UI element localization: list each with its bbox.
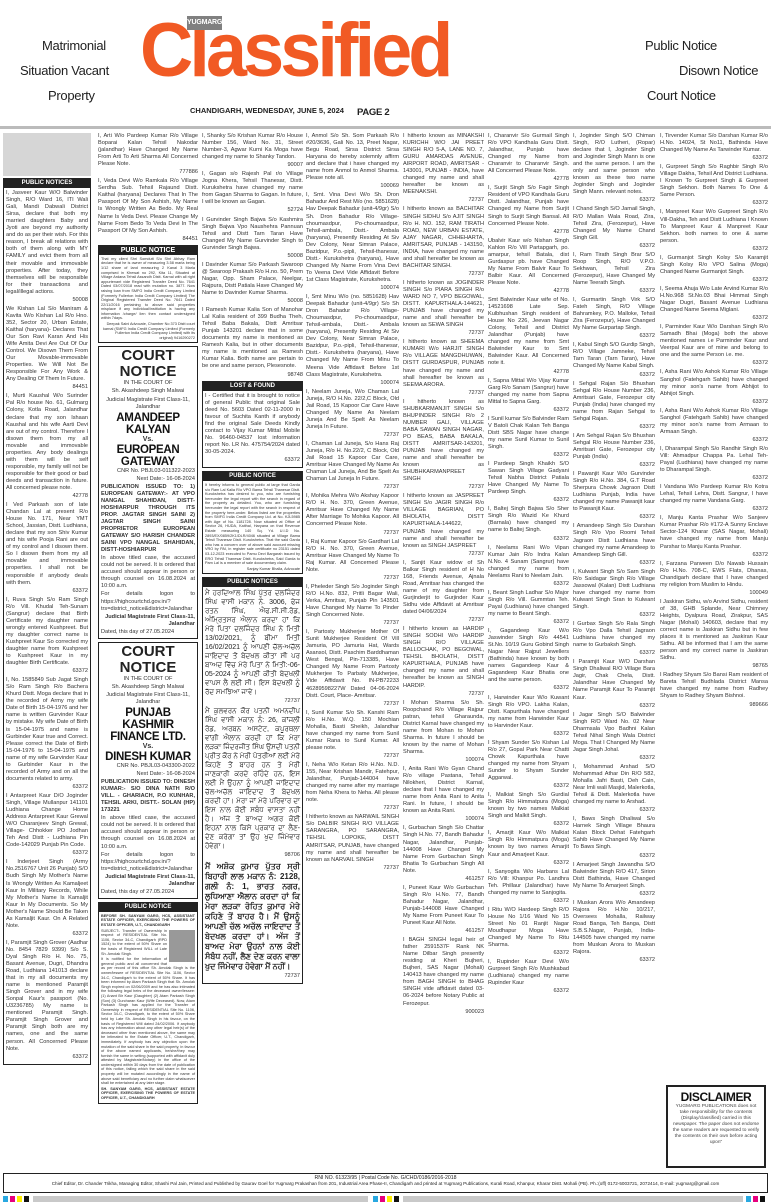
ad-number: 63372 [573, 650, 655, 657]
ad-number: 50008 [202, 253, 303, 260]
category-court-notice[interactable]: Court Notice [647, 88, 716, 103]
notice-text: I, Neelam Juneja, W/o Chaman Lal Juneja,… [306, 389, 399, 431]
notice-text: I hitherto known as JASPREET SINGH S/o J… [403, 493, 484, 549]
notice-text: I, Gurmanjot Singh Kolsy S/o Karamjit Si… [660, 255, 768, 276]
ad-number: 63372 [573, 243, 655, 250]
ad-number: 72737 [403, 484, 484, 491]
ad-number: 63372 [488, 536, 569, 543]
section-heading: PUBLIC NOTICE [203, 472, 302, 481]
notice-text: I hitherto known as JOGINDER SINGH S/o P… [403, 280, 484, 329]
ad-number: 63372 [6, 931, 88, 938]
notice-text: I, Baltej Singh Bajwa S/o Sher Singh R/o… [488, 506, 569, 534]
ad-number: 100074 [403, 816, 484, 823]
notice-text: I, No. 1585849 Sub Jagat Singh S/o Ram S… [6, 677, 88, 783]
notice-text: I, Parminder Kaur W/o Darshan Singh R/o … [660, 324, 768, 359]
notice-text: I Ramesh Kumar Kalia Son of Manohar Lal … [202, 307, 303, 370]
notice-text: I BAGH SINGH legal heir of father 259153… [403, 937, 484, 1007]
ad-number: 72737 [306, 753, 399, 760]
registration-mark-cyan [373, 1196, 378, 1202]
section-heading: LOST & FOUND [203, 382, 302, 391]
ad-number: 63372 [660, 475, 768, 482]
registration-mark-yellow [17, 1196, 22, 1202]
notice-text: I, Surjit Singh S/o Fagir Singh Resident… [488, 185, 569, 227]
ad-number: 63372 [6, 784, 88, 791]
signatory: SH. SANYAM GARG, HCS, ASSISTANT ESTATE O… [101, 1087, 195, 1101]
ad-number: 63372 [660, 246, 768, 253]
notice-text: I Inderjeet Singh (Army No.2516767 Unit … [6, 859, 88, 929]
notice-text: I Jaskiran Sidhu, w/o Arvind Sidhu, resi… [660, 599, 768, 662]
category-public-notice[interactable]: Public Notice [645, 38, 717, 53]
registration-mark-cyan [3, 1196, 8, 1202]
ad-number: 100074 [306, 285, 399, 292]
registration-mark-black [394, 1196, 399, 1202]
party-a: AMANDEEP KALYAN [101, 412, 195, 436]
notice-text: I, Ruva Singh S/o Ram Singh R/o Vill. Kh… [6, 597, 88, 667]
notice-text: I, Joginder Singh S/O Chiman Singh, R/O … [573, 133, 655, 196]
notice-text: I, Smt Minu W/o (no. 5851628) Hav Deepak… [306, 294, 399, 379]
ad-number: 63372 [573, 514, 655, 521]
ad-number: 72737 [403, 330, 484, 337]
ad-number: 63372 [573, 807, 655, 814]
notice-text: I Chand Singh S/O Jamail Singh, R/O Mall… [573, 206, 655, 241]
gray-block [3, 133, 91, 176]
notice-text: Smt Balwinder Kaur wife of No. 14521698 … [488, 297, 569, 367]
notice-text: It hereby informs to general public at l… [205, 483, 300, 566]
ad-number: 63372 [488, 731, 569, 738]
header-divider [0, 126, 771, 129]
notice-text: I, Chaman Lal Juneja, S/o Hans Raj Junej… [306, 441, 399, 483]
public-notices-punjabi-box: PUBLIC NOTICES ਮੈਂ ਹਰਦਿਆਲ ਸਿੰਘ ਪੁੱਤਰ ਦਲਜ… [202, 577, 303, 983]
notice-text: I Gurvinder Singh Bajwa S/o Kashmira Sin… [202, 217, 303, 252]
ad-number: 63372 [573, 755, 655, 762]
cnr-number: CNR No. PBJL03-011322-2023 [101, 468, 195, 475]
section-heading: PUBLIC NOTICES [203, 578, 302, 587]
punjabi-notice: ਮੈਂ ਅਸ਼ੋਕ ਕੁਮਾਰ ਪੁੱਤਰ ਸ੍ਰੀ ਬਿਹਾਰੀ ਲਾਲ ਮਕ… [205, 862, 300, 972]
ad-number: 63372 [660, 277, 768, 284]
versus: Vs. [101, 743, 195, 750]
notice-text: I Am Sehgal Rajan S/o Bhushan Sehgal R/o… [573, 433, 655, 461]
ad-number: 42778 [488, 288, 569, 295]
notice-text: I, Asha Rani W/o Ashok Kumar R/o Village… [660, 369, 768, 397]
notice-text: I, Shanky S/o Krishan Kumar R/o House Nu… [202, 133, 303, 161]
ad-number: 63372 [6, 850, 88, 857]
next-date: Next Date:- 16-08-2024 [101, 771, 195, 778]
column-5: I hitherto known as MINAKSHI KURICHH W/O… [403, 133, 484, 1018]
notice-text: I, Kulwant Singh S/o Sarn Singh R/o Said… [573, 569, 655, 611]
registration-mark-magenta [753, 1196, 758, 1202]
notice-text: I, Manpreet Kaur W/o Gurpreet Singh R/o … [660, 209, 768, 244]
imprint-line: Chief Editor, Dr. Chander Trikha, Managi… [4, 1181, 767, 1187]
punjabi-notice: ਮੈਂ ਕੁਲਵਰਨ ਕੌਰ ਪਤਨੀ ਅਮਨਦੀਪ ਸਿੰਘ ਵਾਸੀ ਮਕਾ… [205, 707, 300, 851]
notice-text: I Jagar Singh S/O Balwinder Singh R/O Wa… [573, 712, 655, 754]
ad-number: 461257 [403, 928, 484, 935]
dateline: CHANDIGARH, WEDNESDAY, JUNE 5, 2024 [190, 106, 344, 115]
ad-number: 63372 [660, 200, 768, 207]
registration-mark-magenta [10, 1196, 15, 1202]
category-matrimonial[interactable]: Matrimonial [42, 38, 106, 53]
ad-number: 989666 [660, 702, 768, 709]
ad-number: 72737 [306, 865, 399, 872]
notice-body: In above titled case, the accused could … [101, 815, 195, 850]
notice-text: I, Puneet Kaur W/o Gurbachan Singh R/o H… [403, 885, 484, 927]
print-bar [33, 1196, 368, 1202]
notice-text: I, Anmol S/o Sh. Som Parkash R/o #20/363… [306, 133, 399, 182]
court-notice-box-2: COURT NOTICE IN THE COURT OF Sh. Akashde… [98, 642, 198, 899]
notice-text: I, Veda Devi W/o Ramkala R/o Village Ser… [98, 178, 198, 234]
notice-text: We Kishan Lal S/o Maniram & Kavita W/o K… [6, 306, 88, 384]
ad-number: 63372 [488, 581, 569, 588]
ad-number: 63372 [660, 155, 768, 162]
category-disown-notice[interactable]: Disown Notice [679, 63, 758, 78]
section-heading: PUBLIC NOTICE [99, 903, 197, 912]
ad-number: 63372 [488, 685, 569, 692]
notice-text: I, Amarjit Kaur W/o Malkiat Singh R/o Hi… [488, 830, 569, 858]
ad-number: 63372 [573, 372, 655, 379]
notice-text: I, Sapna Mittal W/o Vijay Kumar Garg R/o… [488, 378, 569, 406]
notice-text: I, Ram Tirath Singh Brar S/O Roop Singh,… [573, 252, 655, 287]
ad-number: 63372 [488, 783, 569, 790]
category-property[interactable]: Property [48, 88, 95, 103]
signatory: Judicial Magistrate First Class-11, Jala… [101, 874, 195, 888]
notice-text: I, Dharampal Singh S/o Randhir Singh R/o… [660, 446, 768, 474]
ad-number: 63372 [573, 853, 655, 860]
notice-text: I Shyam Sunder S/o Kishan Lal R/o 27, Go… [488, 740, 569, 782]
ad-number: 52724 [202, 207, 303, 214]
ad-number: 63372 [573, 612, 655, 619]
signatory: Sanjay Kumar Bhalla, Advocate [205, 567, 300, 572]
notice-text: I, Neelams Rani W/o Vipan Kumar Jain R/o… [488, 545, 569, 580]
ad-number: 63372 [488, 497, 569, 504]
notice-text: I hitherto known as HARDIP SINGH SODHI W… [403, 626, 484, 689]
ad-number: 72737 [403, 390, 484, 397]
ad-number: 50008 [6, 297, 88, 304]
section-heading: PUBLIC NOTICES [4, 179, 90, 188]
notice-text: I Davinder Kumar S/o Parkash Swaroop @ S… [202, 262, 303, 297]
ad-number: 72737 [403, 691, 484, 698]
ad-number: 98765 [660, 663, 768, 670]
notice-text: I, Paramjit Singh Grover (Aadhar No. 845… [6, 940, 88, 1053]
notice-text: I, Gagan s/o Rajesh Pal r/o Village Jogn… [202, 171, 303, 206]
registration-mark-black [760, 1196, 765, 1202]
notice-text: I Ved Parkash son of late Chandan Lal at… [6, 502, 88, 587]
dated: Dated, this day of 27.05.2024 [101, 889, 195, 896]
court-notice-box-1: COURT NOTICE IN THE COURT OF Sh. Akashde… [98, 346, 198, 638]
ad-number: 72737 [403, 197, 484, 204]
punjabi-notice: ਮੈਂ ਹਰਦਿਆਲ ਸਿੰਘ ਪੁੱਤਰ ਦਲਜਿੰਦਰ ਸਿੰਘ ਵਾਸੀ … [205, 589, 300, 697]
notice-text: I Sunil kumar S/o Balvinder Ram V Batoli… [488, 416, 569, 451]
court-notice-title: COURT NOTICE [101, 348, 195, 380]
ad-number: 63372 [660, 437, 768, 444]
notice-text: I Pardeep Singh Khaikh S/O Sawan Singh V… [488, 461, 569, 496]
judge-name: Sh. Akashdeep Singh Malwai [101, 388, 195, 395]
ad-number: 461257 [403, 876, 484, 883]
ad-number: 72737 [306, 575, 399, 582]
next-date: Next Date:- 16-08-2024 [101, 476, 195, 483]
judge-title: Judicial Magistrate First Class-11, Jala… [101, 692, 195, 706]
public-notice-box: PUBLIC NOTICE That my client Shri Somdut… [98, 245, 198, 344]
notice-text: I, Malkiat Singh S/o Gurdial Singh R/o H… [488, 792, 569, 820]
notice-text: I, Mohika Mehra W/o Akshay Kapoor R/O H.… [306, 493, 399, 528]
public-notice-box: PUBLIC NOTICE It hereby informs to gener… [202, 471, 303, 574]
column-1: PUBLIC NOTICES I, Jasveer Kaur W/O Balwi… [3, 178, 91, 1068]
ad-number: 63372 [573, 462, 655, 469]
notice-text: I, Manju Kanta Prashar W/o Sanjeev Kumar… [660, 515, 768, 550]
notice-body: In above titled case, the accused could … [101, 555, 195, 590]
notice-text: I hitherto known as SHEEMA KUMARI W/o HA… [403, 339, 484, 388]
notice-text: I, Asha Rani W/o Ashok Kumar R/o Village… [660, 408, 768, 436]
notice-text: I, Gagandeep Kaur W/o Jaswinder Singh R/… [488, 628, 569, 684]
ad-number: 72737 [306, 484, 399, 491]
judge-title: Judicial Magistrate First Class-11, Jala… [101, 397, 195, 411]
notice-text: I Paramjit Kaur W/O Darshan Singh Dhaliw… [573, 659, 655, 701]
party-a: PUNJAB KASHMIR FINANCE LTD. [101, 707, 195, 743]
notice-text: I - Certified that it is brought to noti… [205, 393, 300, 456]
notice-text: I, Mohammad Arshad S/O Mohammad Athar Di… [573, 764, 655, 806]
issued-to: PUBLICATION ISSUED TO: 1) EUROPEAN GATEW… [101, 484, 195, 554]
details-link[interactable]: For details logon to https://highcourtch… [101, 852, 195, 873]
notice-text: I, Partosty Mukherjee Mother Of Sunit Mu… [306, 629, 399, 699]
ad-number: 72737 [306, 620, 399, 627]
notice-text: I, Rupinder Kaur Devi W/o Gurpreet Singh… [488, 959, 569, 987]
party-b: DINESH KUMAR [101, 751, 195, 763]
notice-text: I, Beant Singh Ladhar S/o Major Singh R/… [488, 590, 569, 618]
cnr-number: CNR No. PBJL03-043300-2022 [101, 763, 195, 770]
notice-signature: Deepak Saini Advocate, Chamber No 373 Di… [101, 322, 195, 340]
ad-number: 63372 [573, 424, 655, 431]
notice-text: I Amarjeet Singh Jawandha S/O Balwinder … [573, 862, 655, 890]
ad-number: 63372 [488, 452, 569, 459]
notice-text: I, Pheleder Singh S/o Joginder Singh R/O… [306, 584, 399, 619]
notice-text: I Antarpreet Kaur D/O Joginder Singh, Vi… [6, 793, 88, 849]
ad-number: 63372 [488, 860, 569, 867]
signatory: Judicial Magistrate First Class-11, Jala… [101, 614, 195, 628]
notice-text: I, Harwinder Kaur W/o Kuwant Singh R/o V… [488, 695, 569, 730]
ad-number: 42778 [488, 369, 569, 376]
notice-text: I, Seema Ahuja W/o Late Arvind Kumar R/o… [660, 286, 768, 314]
notice-text: I Pawanjit Kaur W/o Gurvinder Singh R/o … [573, 471, 655, 513]
ad-number: 63372 [6, 1054, 88, 1061]
notice-text: I, Neha W/o Ketan R/o H.No. N.D. 155, Ne… [306, 762, 399, 804]
notice-text: I Vandana W/o Pardeep Kumar R/o Kotra Le… [660, 484, 768, 505]
notice-text: I, Sanyogita W/o Harbans Lal R/o Vill: K… [488, 869, 569, 897]
ad-number: 63372 [573, 560, 655, 567]
notice-text: I Ritu W/O Hardeep Singh R/O House No 1/… [488, 907, 569, 949]
notice-text: I, Arti W/o Pardeep Kumar R/o Village Bo… [98, 133, 198, 168]
ad-number: 63372 [488, 407, 569, 414]
page-number: PAGE 2 [357, 107, 389, 118]
notice-text: I, Baws Singh Dhaliwal S/o Harnek Singh … [573, 816, 655, 851]
notice-text: Ubalvir Kaur w/o Nishan Singh Kahlon R/o… [488, 238, 569, 287]
ad-number: 100074 [403, 757, 484, 764]
ad-number: 72737 [403, 271, 484, 278]
estate-notice-box: PUBLIC NOTICE BEFORE SH. SANYAM GARG, HC… [98, 902, 198, 1104]
ad-number: 63372 [488, 950, 569, 957]
ad-number: 72737 [306, 530, 399, 537]
notice-text: I Muskan Arora W/o Amandeep Rajora R/o H… [573, 900, 655, 956]
judge-name: Sh. Akashdeep Singh Malwai [101, 684, 195, 691]
classified-page: PUBLIC NOTICES I, Jasveer Kaur W/O Balwi… [0, 131, 771, 1161]
ad-number: 72737 [403, 551, 484, 558]
column-8: I, Tirvender Kumar S/o Darshan Kumar R/o… [660, 133, 768, 1083]
notice-text: I, Sunil Kumar S/o Sh. Kanshi Ram R/o H.… [306, 710, 399, 752]
ad-number: 63372 [660, 360, 768, 367]
ad-number: 100069 [306, 183, 399, 190]
notice-text: I hitherto known as BACHITAR SINGH SIDHU… [403, 206, 484, 269]
registration-mark-black [24, 1196, 29, 1202]
notice-text: That my client Shri Somdutt S/o Shri Abh… [101, 257, 195, 321]
ad-number: 63372 [660, 552, 768, 559]
column-6: I, Charanvir S/o Gurmail Singh R/o VPO K… [488, 133, 569, 997]
ad-number: 777886 [98, 169, 198, 176]
party-b: EUROPEAN GATEWAY [101, 444, 195, 468]
classified-logo: Classified [140, 8, 378, 94]
masthead: Matrimonial Situation Vacant Property Cl… [0, 0, 771, 52]
registration-mark-yellow [387, 1196, 392, 1202]
notice-text: I Amandeep Singh S/o Darshan Singh R/o V… [573, 523, 655, 558]
ad-number: 72737 [306, 701, 399, 708]
notice-text: I, Raj Kumar Kapoor S/o Gardhari Lal R/O… [306, 539, 399, 574]
column-2: I, Arti W/o Pardeep Kumar R/o Village Bo… [98, 133, 198, 1107]
brand-badge: YUGMARG [187, 16, 222, 30]
ad-number: 63372 [660, 315, 768, 322]
lost-found-box: LOST & FOUND I - Certified that it is br… [202, 381, 303, 469]
ad-number: 63372 [6, 668, 88, 675]
ad-number: 63372 [6, 588, 88, 595]
public-notices-box: PUBLIC NOTICES I, Jasveer Kaur W/O Balwi… [3, 178, 91, 1065]
ad-number: 63372 [488, 898, 569, 905]
dated: Dated, this day of 27.05.2024 [101, 629, 195, 636]
notice-body: It is notified for the information of ge… [101, 957, 195, 1086]
ad-number: 63372 [573, 333, 655, 340]
ad-number: 50008 [202, 298, 303, 305]
ad-number: 63372 [660, 399, 768, 406]
notice-text: I, Smt. Vina Devi W/o Sh. Dron Bahadur A… [306, 192, 399, 284]
notice-text: I, Kabul Singh S/O Gurdip Singh, R/O Vil… [573, 342, 655, 370]
notice-text: I Radhey Shyam S/o Bansi Ram resident of… [660, 672, 768, 700]
versus: Vs. [101, 436, 195, 443]
details-link[interactable]: For details logon to https://highcourtch… [101, 591, 195, 612]
ad-number: 72737 [306, 805, 399, 812]
notice-text: I, Murti Kaushal W/o Surinder Pal R/o ho… [6, 393, 88, 492]
notice-text: I, Tirvender Kumar S/o Darshan Kumar R/o… [660, 133, 768, 154]
notice-text: I hitherto known as MINAKSHI KURICHH W/O… [403, 133, 484, 196]
notice-text: I, Jasveer Kaur W/O Balwinder Singh, R/O… [6, 190, 88, 296]
ad-number: 42778 [488, 176, 569, 183]
ad-number: 42778 [6, 493, 88, 500]
ad-number: 72737 [205, 973, 300, 980]
authority: BEFORE SH. SANYAM GARG, HCS, ASSISTANT E… [101, 914, 195, 928]
print-bar [403, 1196, 743, 1202]
court-notice-title: COURT NOTICE [101, 644, 195, 676]
ad-number: 63372 [660, 506, 768, 513]
notice-text: I Gurbax Singh S/o Rala Singh R/o Vpo Da… [573, 621, 655, 649]
notice-text: I Mohan Sharma S/o Sh. Roopchand R/o Vil… [403, 700, 484, 756]
column-3: I, Shanky S/o Krishan Kumar R/o House Nu… [202, 133, 303, 987]
notice-text: I, Charanvir S/o Gurmail Singh R/o VPO K… [488, 133, 569, 175]
ad-number: 100074 [306, 380, 399, 387]
notice-text: I, Gurbachan Singh S/o Chattar Singh H.N… [403, 825, 484, 874]
ad-number: 63372 [573, 957, 655, 964]
category-situation-vacant[interactable]: Situation Vacant [20, 63, 109, 78]
notice-text: I, Farzana Parween D/o Nawab Hussain R/o… [660, 561, 768, 589]
ad-number: 63372 [573, 197, 655, 204]
ad-number: 63372 [488, 619, 569, 626]
ad-number: 98748 [202, 372, 303, 379]
notice-text: I, Anita Rani W/o Gyan Chand R/o village… [403, 766, 484, 815]
ad-number: 72737 [403, 617, 484, 624]
imprint-footer: RNI NO. 61323/95 | Postal Code No. G/CHD… [3, 1173, 768, 1193]
registration-mark-cyan [746, 1196, 751, 1202]
ad-number: 63372 [488, 821, 569, 828]
ad-number: 63372 [205, 457, 300, 464]
column-7: I, Joginder Singh S/O Chiman Singh, R/O … [573, 133, 655, 966]
ad-number: 63372 [488, 988, 569, 995]
ad-number: 63372 [573, 703, 655, 710]
court-label: IN THE COURT OF [101, 676, 195, 683]
disclaimer-title: DISCLAIMER [671, 1090, 761, 1104]
column-4: I, Anmol S/o Sh. Som Parkash R/o #20/363… [306, 133, 399, 874]
disclaimer-box: DISCLAIMER YUGMARG PUBLICATIONS does not… [666, 1085, 766, 1168]
ad-number: 72737 [205, 698, 300, 705]
ad-number: 63372 [573, 891, 655, 898]
ad-number: 100049 [660, 590, 768, 597]
ad-number: 72737 [306, 432, 399, 439]
court-label: IN THE COURT OF [101, 380, 195, 387]
portrait-photo [169, 930, 195, 962]
ad-number: 900023 [403, 1009, 484, 1016]
notice-text: I hitherto known as NARWAIL SINGH S/o DA… [306, 814, 399, 863]
notice-text: I hitherto known as SHUBKARMANJIT SINGH … [403, 399, 484, 484]
notice-text: I Sehgal Rajan S/o Bhushan Sehgal R/o Ho… [573, 381, 655, 423]
notice-text: I, Gurpreet Singh S/o Raghbir Singh R/o … [660, 164, 768, 199]
registration-mark-magenta [380, 1196, 385, 1202]
ad-number: 84451 [6, 384, 88, 391]
notice-text: I, Gurmartin Singh Virk S/O Fateh Singh,… [573, 297, 655, 332]
ad-number: 84451 [98, 236, 198, 243]
notice-text: I, Sanjit Kaur widow of Sh Balkar Singh … [403, 560, 484, 616]
ad-number: 42778 [488, 229, 569, 236]
ad-number: 98706 [205, 852, 300, 859]
ad-number: 63372 [573, 288, 655, 295]
issued-to: PUBLICATION ISSUED TO: DINESH KUMAR:- S/… [101, 779, 195, 814]
disclaimer-text: YUGMARG PUBLICATIONS does not take respo… [671, 1104, 761, 1146]
ad-number: 90007 [202, 162, 303, 169]
section-heading: PUBLIC NOTICE [99, 246, 197, 255]
